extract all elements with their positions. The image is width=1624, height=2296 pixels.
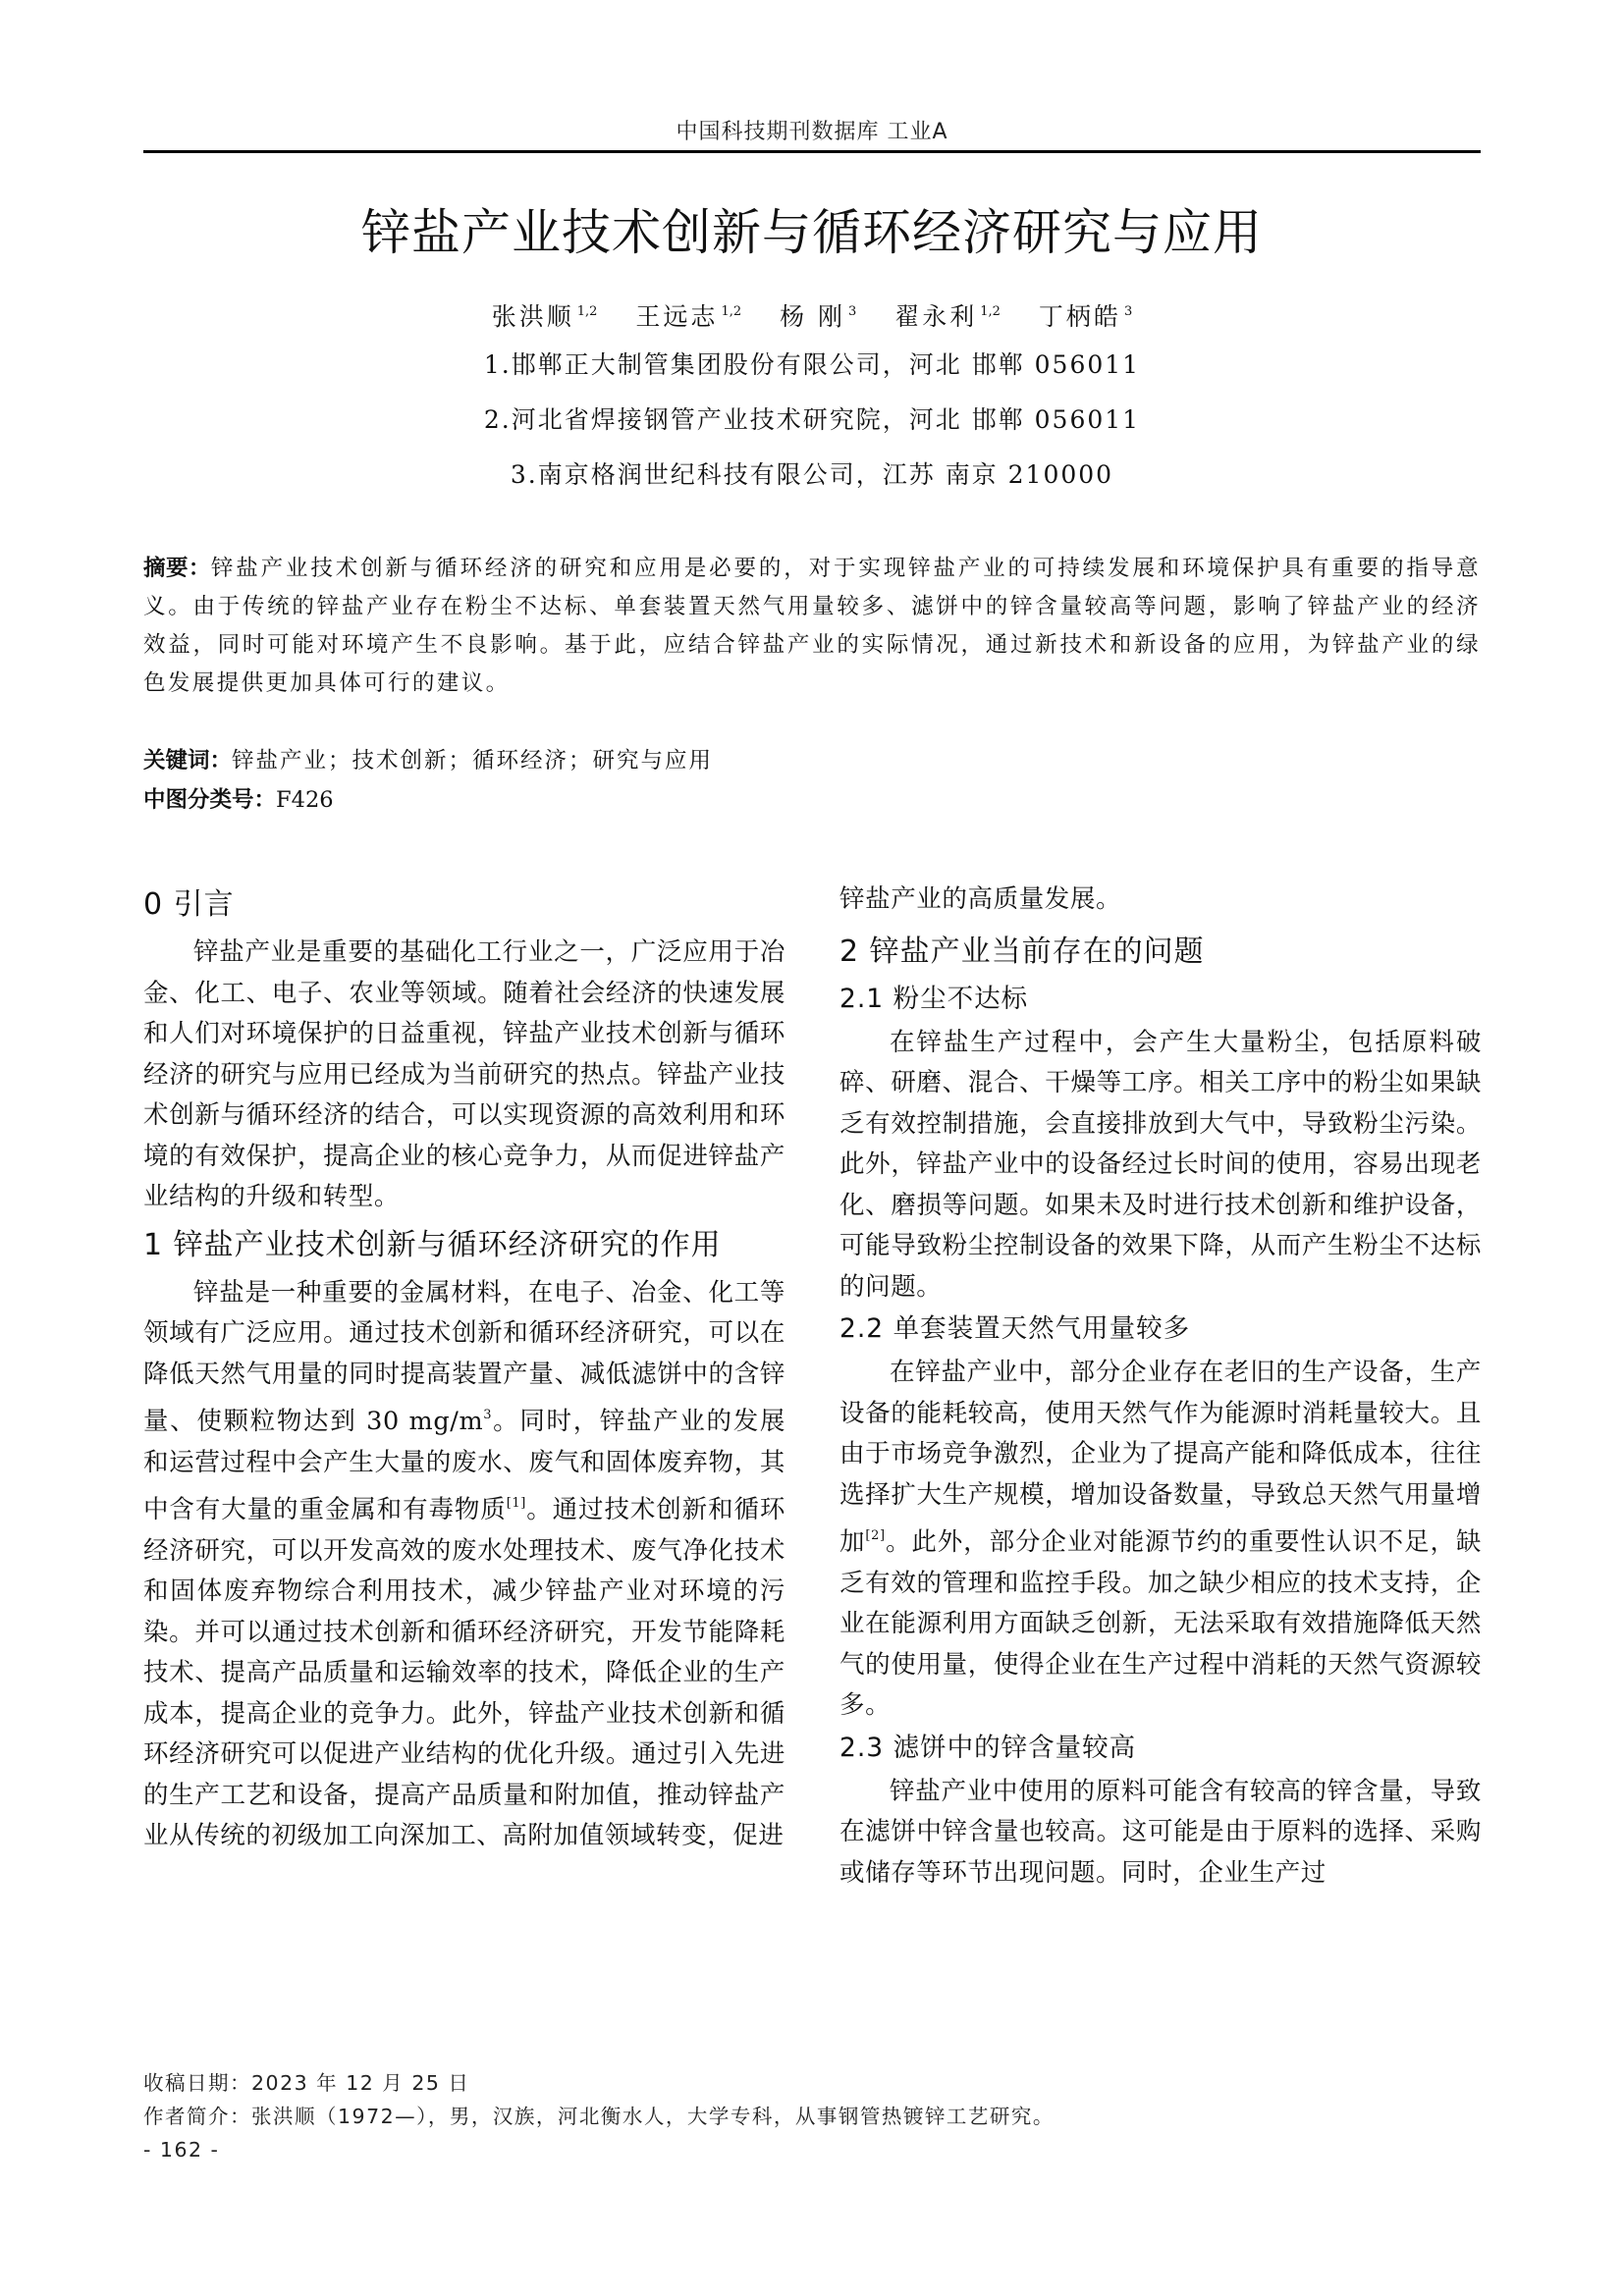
author-name: 丁柄皓 (1039, 302, 1121, 331)
header-rule (143, 150, 1481, 153)
author-list: 张洪顺1,2 王远志1,2 杨 刚3 翟永利1,2 丁柄皓3 (143, 293, 1481, 337)
clc-label: 中图分类号： (143, 787, 276, 813)
paragraph: 在锌盐产业中，部分企业存在老旧的生产设备，生产设备的能耗较高，使用天然气作为能源… (839, 1353, 1482, 1727)
paragraph: 锌盐产业是重要的基础化工行业之一，广泛应用于冶金、化工、电子、农业等领域。随着社… (143, 933, 785, 1218)
classification-number: 中图分类号：F426 (143, 782, 334, 818)
affiliation: 3.南京格润世纪科技有限公司，江苏 南京 210000 (143, 454, 1481, 508)
paragraph: 锌盐产业中使用的原料可能含有较高的锌含量，导致在滤饼中锌含量也较高。这可能是由于… (839, 1772, 1482, 1895)
keywords: 关键词：锌盐产业；技术创新；循环经济；研究与应用 (143, 743, 713, 778)
section-heading-0: 0 引言 (143, 885, 785, 925)
received-date: 收稿日期：2023 年 12 月 25 日 (143, 2066, 1055, 2100)
author: 翟永利1,2 (894, 302, 1001, 331)
footnotes: 收稿日期：2023 年 12 月 25 日 作者简介：张洪顺（1972—），男，… (143, 2066, 1055, 2166)
paragraph: 在锌盐生产过程中，会产生大量粉尘，包括原料破碎、研磨、混合、干燥等工序。相关工序… (839, 1023, 1482, 1308)
right-column: 锌盐产业的高质量发展。 2 锌盐产业当前存在的问题 2.1 粉尘不达标 在锌盐生… (839, 880, 1482, 1894)
author-name: 王远志 (635, 302, 718, 331)
abstract-label: 摘要： (143, 556, 211, 581)
affiliation-marker: 1,2 (721, 304, 741, 319)
unit-superscript: 3 (483, 1408, 492, 1422)
left-column: 0 引言 锌盐产业是重要的基础化工行业之一，广泛应用于冶金、化工、电子、农业等领… (143, 880, 785, 1857)
subsection-heading-2-3: 2.3 滤饼中的锌含量较高 (839, 1729, 1482, 1768)
affiliation-list: 1.邯郸正大制管集团股份有限公司，河北 邯郸 056011 2.河北省焊接钢管产… (143, 344, 1481, 508)
author: 杨 刚3 (780, 302, 856, 331)
article-title: 锌盐产业技术创新与循环经济研究与应用 (143, 201, 1481, 264)
author: 张洪顺1,2 (492, 302, 598, 331)
author-bio: 作者简介：张洪顺（1972—），男，汉族，河北衡水人，大学专科，从事钢管热镀锌工… (143, 2100, 1055, 2133)
author: 王远志1,2 (635, 302, 741, 331)
abstract: 摘要：锌盐产业技术创新与循环经济的研究和应用是必要的，对于实现锌盐产业的可持续发… (143, 550, 1481, 703)
affiliation-marker: 3 (1124, 304, 1132, 319)
author-name: 杨 刚 (780, 302, 845, 331)
clc-value: F426 (276, 787, 334, 813)
citation-ref[interactable]: [1] (507, 1496, 526, 1511)
text-run: 。此外，部分企业对能源节约的重要性认识不足，缺乏有效的管理和监控手段。加之缺少相… (839, 1527, 1482, 1720)
keywords-text: 锌盐产业；技术创新；循环经济；研究与应用 (232, 748, 713, 774)
author: 丁柄皓3 (1039, 302, 1132, 331)
keywords-label: 关键词： (143, 748, 232, 774)
section-heading-2: 2 锌盐产业当前存在的问题 (839, 933, 1482, 972)
paragraph: 锌盐是一种重要的金属材料，在电子、冶金、化工等领域有广泛应用。通过技术创新和循环… (143, 1273, 785, 1857)
subsection-heading-2-1: 2.1 粉尘不达标 (839, 980, 1482, 1019)
page-number: - 162 - (143, 2133, 1055, 2166)
author-name: 翟永利 (894, 302, 977, 331)
affiliation: 1.邯郸正大制管集团股份有限公司，河北 邯郸 056011 (143, 344, 1481, 399)
affiliation-marker: 1,2 (577, 304, 598, 319)
abstract-text: 锌盐产业技术创新与循环经济的研究和应用是必要的，对于实现锌盐产业的可持续发展和环… (143, 556, 1481, 696)
affiliation-marker: 3 (848, 304, 856, 319)
paragraph-continuation: 锌盐产业的高质量发展。 (839, 880, 1482, 921)
affiliation-marker: 1,2 (980, 304, 1001, 319)
subsection-heading-2-2: 2.2 单套装置天然气用量较多 (839, 1309, 1482, 1349)
journal-running-header: 中国科技期刊数据库 工业A (143, 115, 1481, 145)
citation-ref[interactable]: [2] (865, 1528, 885, 1543)
author-name: 张洪顺 (492, 302, 574, 331)
section-heading-1: 1 锌盐产业技术创新与循环经济研究的作用 (143, 1226, 785, 1265)
affiliation: 2.河北省焊接钢管产业技术研究院，河北 邯郸 056011 (143, 399, 1481, 454)
text-run: 。通过技术创新和循环经济研究，可以开发高效的废水处理技术、废气净化技术和固体废弃… (143, 1495, 785, 1850)
